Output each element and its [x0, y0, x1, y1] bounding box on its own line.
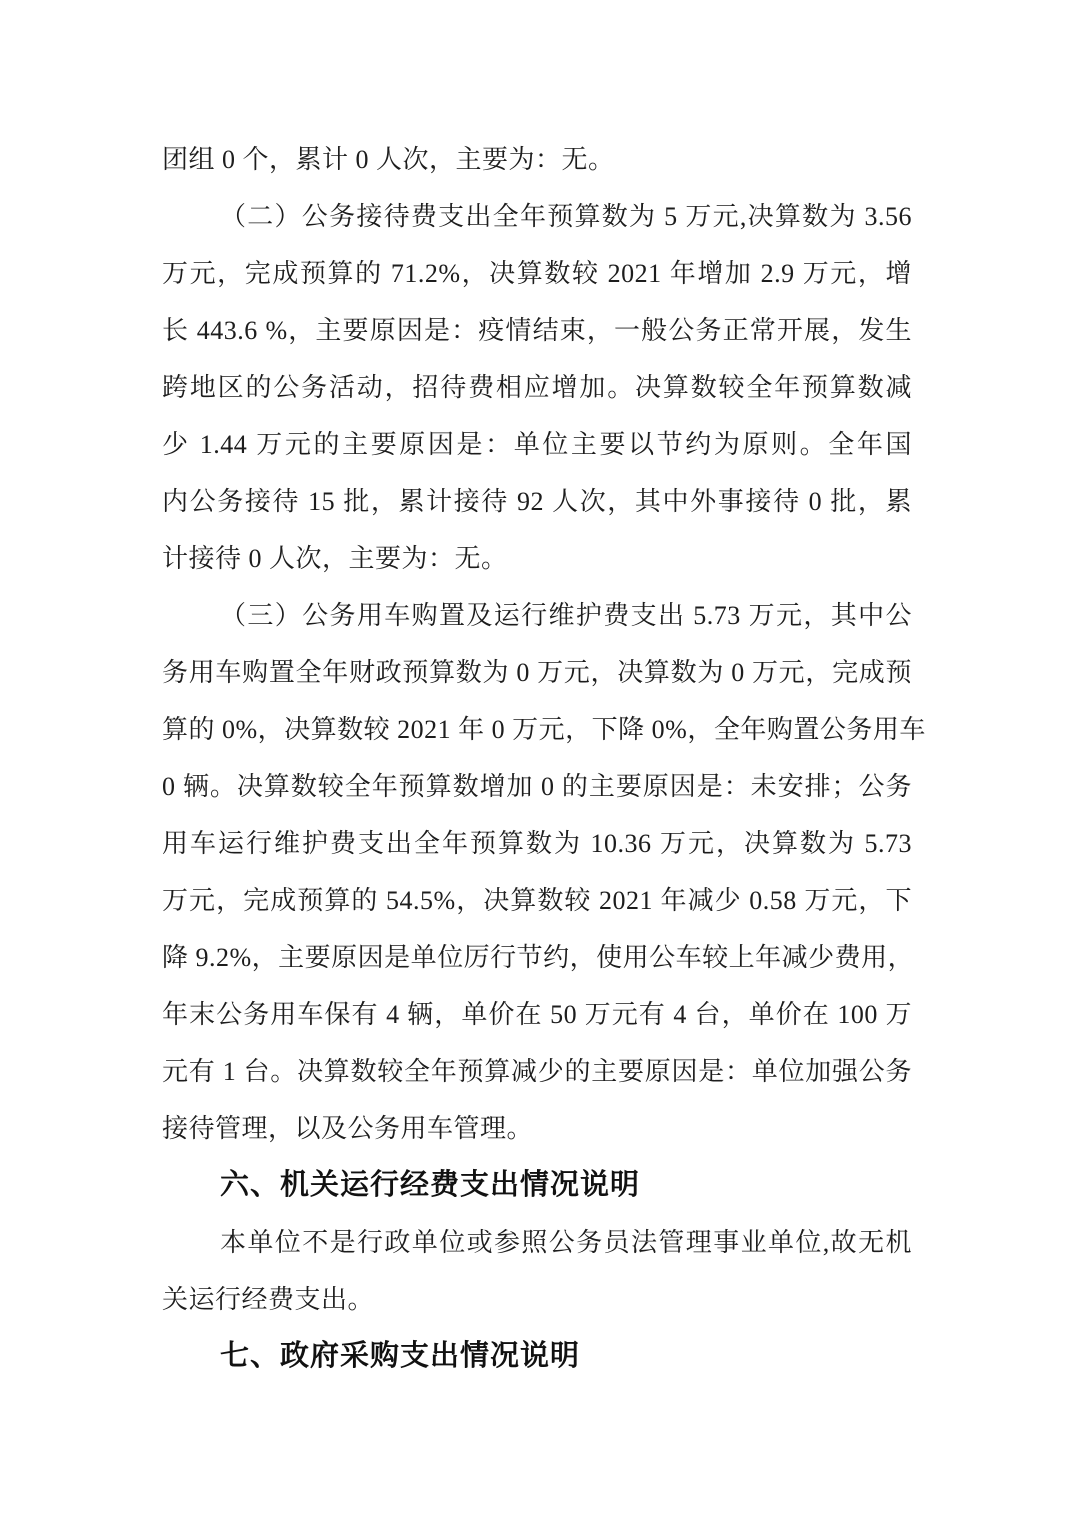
document-page: 团组 0 个，累计 0 人次，主要为：无。 （二）公务接待费支出全年预算数为 5… [0, 0, 1074, 1520]
paragraph-last-line: 计接待 0 人次，主要为：无。 [162, 530, 912, 587]
text-line: 跨地区的公务活动，招待费相应增加。决算数较全年预算数减 [162, 359, 912, 416]
text-line: 少 1.44 万元的主要原因是：单位主要以节约为原则。全年国 [162, 416, 912, 473]
document-text-block: 团组 0 个，累计 0 人次，主要为：无。 （二）公务接待费支出全年预算数为 5… [162, 131, 912, 1385]
paragraph-last-line: 关运行经费支出。 [162, 1271, 912, 1328]
text-line: 务用车购置全年财政预算数为 0 万元，决算数为 0 万元，完成预 [162, 644, 912, 701]
text-line: 降 9.2%，主要原因是单位厉行节约，使用公车较上年减少费用， [162, 929, 912, 986]
text-line: 元有 1 台。决算数较全年预算减少的主要原因是：单位加强公务 [162, 1043, 912, 1100]
paragraph-first-line: （三）公务用车购置及运行维护费支出 5.73 万元，其中公 [162, 587, 912, 644]
text-line: 内公务接待 15 批，累计接待 92 人次，其中外事接待 0 批，累 [162, 473, 912, 530]
text-line: 用车运行维护费支出全年预算数为 10.36 万元，决算数为 5.73 [162, 815, 912, 872]
paragraph-first-line: （二）公务接待费支出全年预算数为 5 万元,决算数为 3.56 [162, 188, 912, 245]
text-line: 团组 0 个，累计 0 人次，主要为：无。 [162, 131, 912, 188]
text-line: 万元，完成预算的 71.2%，决算数较 2021 年增加 2.9 万元，增 [162, 245, 912, 302]
paragraph-first-line: 本单位不是行政单位或参照公务员法管理事业单位,故无机 [162, 1214, 912, 1271]
text-line: 0 辆。决算数较全年预算数增加 0 的主要原因是：未安排；公务 [162, 758, 912, 815]
text-line: 万元，完成预算的 54.5%，决算数较 2021 年减少 0.58 万元，下 [162, 872, 912, 929]
text-line: 年末公务用车保有 4 辆，单价在 50 万元有 4 台，单价在 100 万 [162, 986, 912, 1043]
text-line: 长 443.6 %，主要原因是：疫情结束，一般公务正常开展，发生 [162, 302, 912, 359]
text-line: 算的 0%，决算数较 2021 年 0 万元，下降 0%，全年购置公务用车 [162, 701, 912, 758]
section-heading-6: 六、机关运行经费支出情况说明 [162, 1157, 912, 1214]
paragraph-last-line: 接待管理，以及公务用车管理。 [162, 1100, 912, 1157]
section-heading-7: 七、政府采购支出情况说明 [162, 1328, 912, 1385]
